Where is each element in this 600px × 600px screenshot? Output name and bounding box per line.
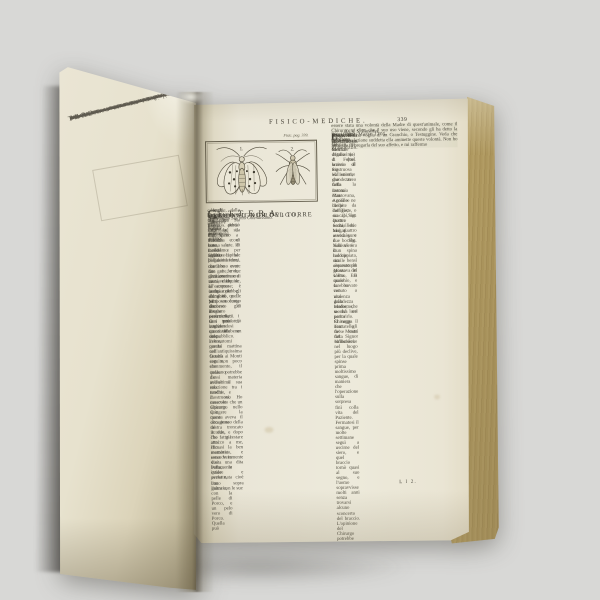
open-book: TERE e fecondissime per altitudo de' lor… — [0, 0, 600, 600]
page-curl-highlight — [135, 64, 198, 154]
letter-paragraph: unghie, benché non due giova, sotto al d… — [207, 208, 232, 531]
insect-engraving-figure: 1. — [204, 139, 318, 204]
svg-text:2.: 2. — [291, 148, 295, 153]
left-page: TERE e fecondissime per altitudo de' lor… — [58, 64, 198, 592]
signature-mark: L l 2. — [399, 480, 417, 485]
foxing-spot — [264, 427, 273, 433]
right-page: FISICO-MEDICHE. 339 Fisic. pag. 339. 1. — [193, 96, 470, 543]
right-page-content: FISICO-MEDICHE. 339 Fisic. pag. 339. 1. — [190, 94, 473, 545]
insect-figure-svg: 1. — [204, 139, 318, 204]
photo-of-open-antique-book: TERE e fecondissime per altitudo de' lor… — [0, 0, 600, 600]
figure-caption: Fisic. pag. 339. — [283, 132, 308, 137]
spine-top-highlight — [178, 90, 204, 104]
figure-showthrough — [92, 155, 188, 221]
svg-text:1.: 1. — [240, 147, 244, 152]
fly-insect-illustration: 2. — [276, 147, 311, 185]
section-body-text: l Sig. Dottor Girolamo Gaspari, ora Medi… — [331, 133, 358, 345]
foxing-spot — [434, 394, 440, 399]
spotted-insect-illustration: 1. — [213, 147, 271, 196]
letter-column: LETTERA DI MONSIGNOR DEL TORRE VESCOVO D… — [207, 207, 324, 209]
left-page-bottom-shade — [58, 518, 198, 592]
